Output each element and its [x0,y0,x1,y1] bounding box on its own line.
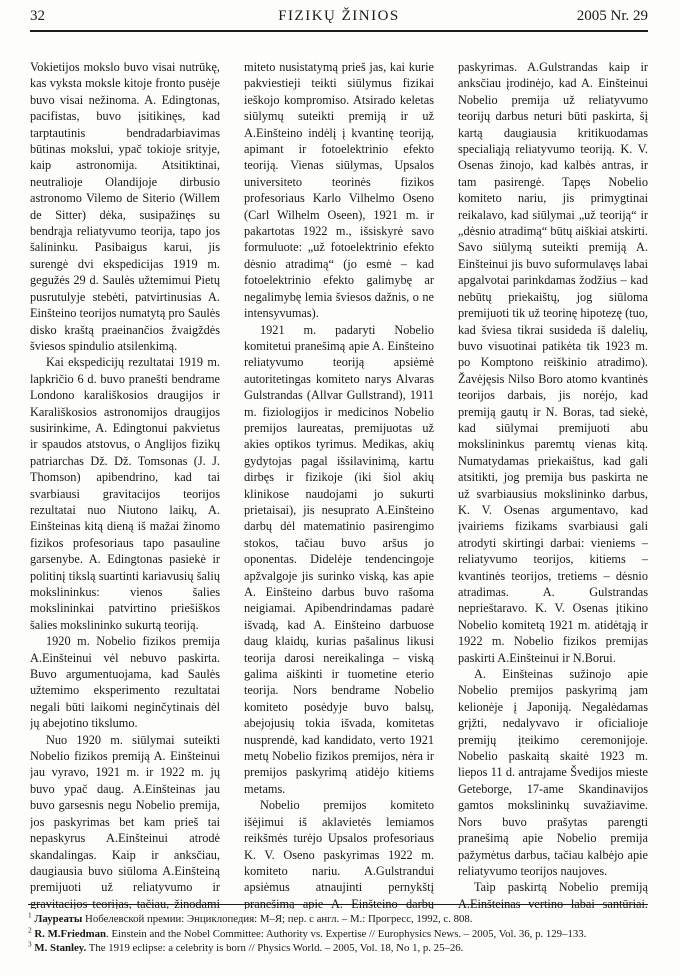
footnote-marker: 3 [28,940,32,949]
journal-page: 32 FIZIKŲ ŽINIOS 2005 Nr. 29 Vokietijos … [0,0,680,976]
paragraph: Kai ekspedicijų rezultatai 1919 m. lapkr… [30,354,220,633]
page-number: 32 [30,8,185,25]
paragraph: A. Einšteinas sužinojo apie Nobelio prem… [458,666,648,879]
page-header: 32 FIZIKŲ ŽINIOS 2005 Nr. 29 [30,8,648,25]
paragraph: paskyrimas. A.Gulstrandas kaip ir anksči… [458,59,648,666]
footnote-author: Лауреаты [34,913,82,925]
footnote: 3 M. Stanley. The 1919 eclipse: a celebr… [28,941,648,956]
footnote-text: Нобелевской премии: Энциклопедия: М–Я; п… [82,913,472,925]
header-rule [30,30,648,32]
column-1: Vokietijos mokslo buvo visai nutrūkę, ka… [30,59,220,909]
footnote: 1 Лауреаты Нобелевской премии: Энциклопе… [28,912,648,927]
paragraph: Nuo 1920 m. siūlymai suteikti Nobelio fi… [30,732,220,909]
issue-number: 2005 Nr. 29 [494,8,649,25]
column-3: paskyrimas. A.Gulstrandas kaip ir anksči… [458,59,648,909]
paragraph: Vokietijos mokslo buvo visai nutrūkę, ka… [30,59,220,354]
paragraph: 1921 m. padaryti Nobelio komitetui prane… [244,322,434,798]
article-body: Vokietijos mokslo buvo visai nutrūkę, ka… [30,59,648,909]
paragraph: miteto nusistatymą prieš jas, kai kurie … [244,59,434,322]
footnote-text: . Einstein and the Nobel Committee: Auth… [106,928,586,940]
footnote-text: The 1919 eclipse: a celebrity is born //… [86,942,463,954]
paragraph: Nobelio premijos komiteto išėjimui iš ak… [244,797,434,909]
footnote-author: R. M.Friedman [34,928,106,940]
footnote-marker: 1 [28,910,32,919]
footnote-marker: 2 [28,925,32,934]
footnote: 2 R. M.Friedman. Einstein and the Nobel … [28,927,648,942]
column-2: miteto nusistatymą prieš jas, kai kurie … [244,59,434,909]
footnote-author: M. Stanley. [34,942,86,954]
journal-title: FIZIKŲ ŽINIOS [185,8,494,25]
paragraph: 1920 m. Nobelio fizikos premija A.Einšte… [30,633,220,731]
footnotes-section: 1 Лауреаты Нобелевской премии: Энциклопе… [28,904,648,956]
